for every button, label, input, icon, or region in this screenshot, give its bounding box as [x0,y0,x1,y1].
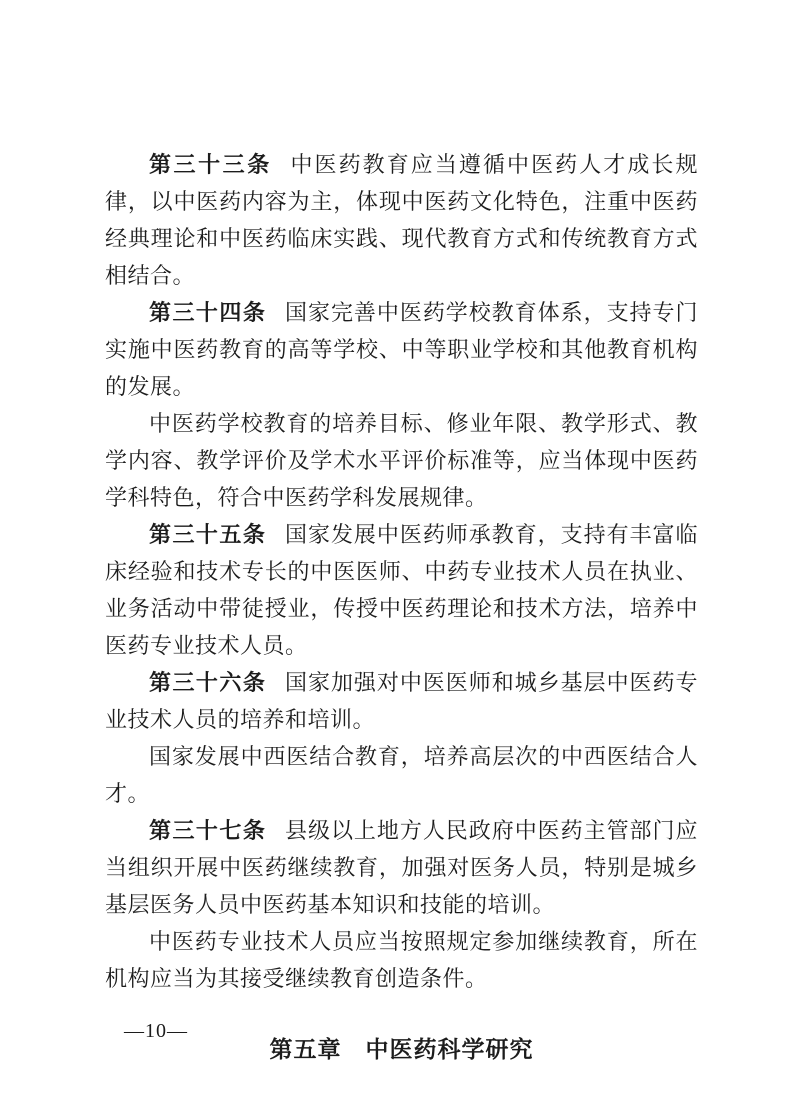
article-number: 第三十五条 [149,522,266,547]
chapter-heading: 第五章 中医药科学研究 [105,1031,698,1068]
article-paragraph: 中医药学校教育的培养目标、修业年限、教学形式、教学内容、教学评价及学术水平评价标… [105,405,698,516]
article-paragraph: 中医药专业技术人员应当按照规定参加继续教育，所在机构应当为其接受继续教育创造条件… [105,923,698,997]
article-paragraph: 第三十三条中医药教育应当遵循中医药人才成长规律，以中医药内容为主，体现中医药文化… [105,146,698,294]
article-number: 第三十四条 [149,300,266,325]
document-body: 第三十三条中医药教育应当遵循中医药人才成长规律，以中医药内容为主，体现中医药文化… [105,146,698,1068]
article-text: 国家发展中西医结合教育，培养高层次的中西医结合人才。 [105,744,698,806]
article-number: 第三十三条 [149,152,272,177]
article-paragraph: 第三十五条国家发展中医药师承教育，支持有丰富临床经验和技术专长的中医医师、中药专… [105,516,698,664]
article-paragraph: 第三十七条县级以上地方人民政府中医药主管部门应当组织开展中医药继续教育，加强对医… [105,812,698,923]
article-paragraph: 国家发展中西医结合教育，培养高层次的中西医结合人才。 [105,738,698,812]
article-number: 第三十六条 [149,670,266,695]
article-text: 中医药专业技术人员应当按照规定参加继续教育，所在机构应当为其接受继续教育创造条件… [105,929,698,991]
article-paragraph: 第三十四条国家完善中医药学校教育体系，支持专门实施中医药教育的高等学校、中等职业… [105,294,698,405]
article-paragraph: 第三十六条国家加强对中医医师和城乡基层中医药专业技术人员的培养和培训。 [105,664,698,738]
article-number: 第三十七条 [149,818,266,843]
article-text: 中医药学校教育的培养目标、修业年限、教学形式、教学内容、教学评价及学术水平评价标… [105,411,698,510]
page-number: —10— [124,1018,188,1044]
document-page: 第三十三条中医药教育应当遵循中医药人才成长规律，以中医药内容为主，体现中医药文化… [0,0,790,1118]
